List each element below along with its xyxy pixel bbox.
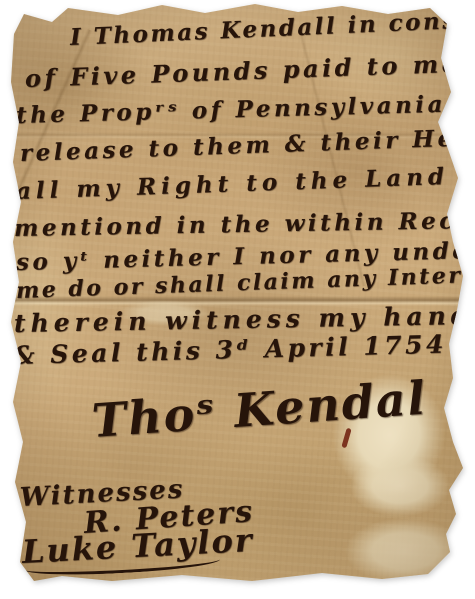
paper-shadow-wrap: I Thomas Kendall in considⁿ of Five Poun… [0, 0, 475, 599]
photo-background: I Thomas Kendall in considⁿ of Five Poun… [0, 0, 475, 599]
manuscript-paper: I Thomas Kendall in considⁿ of Five Poun… [0, 0, 475, 599]
